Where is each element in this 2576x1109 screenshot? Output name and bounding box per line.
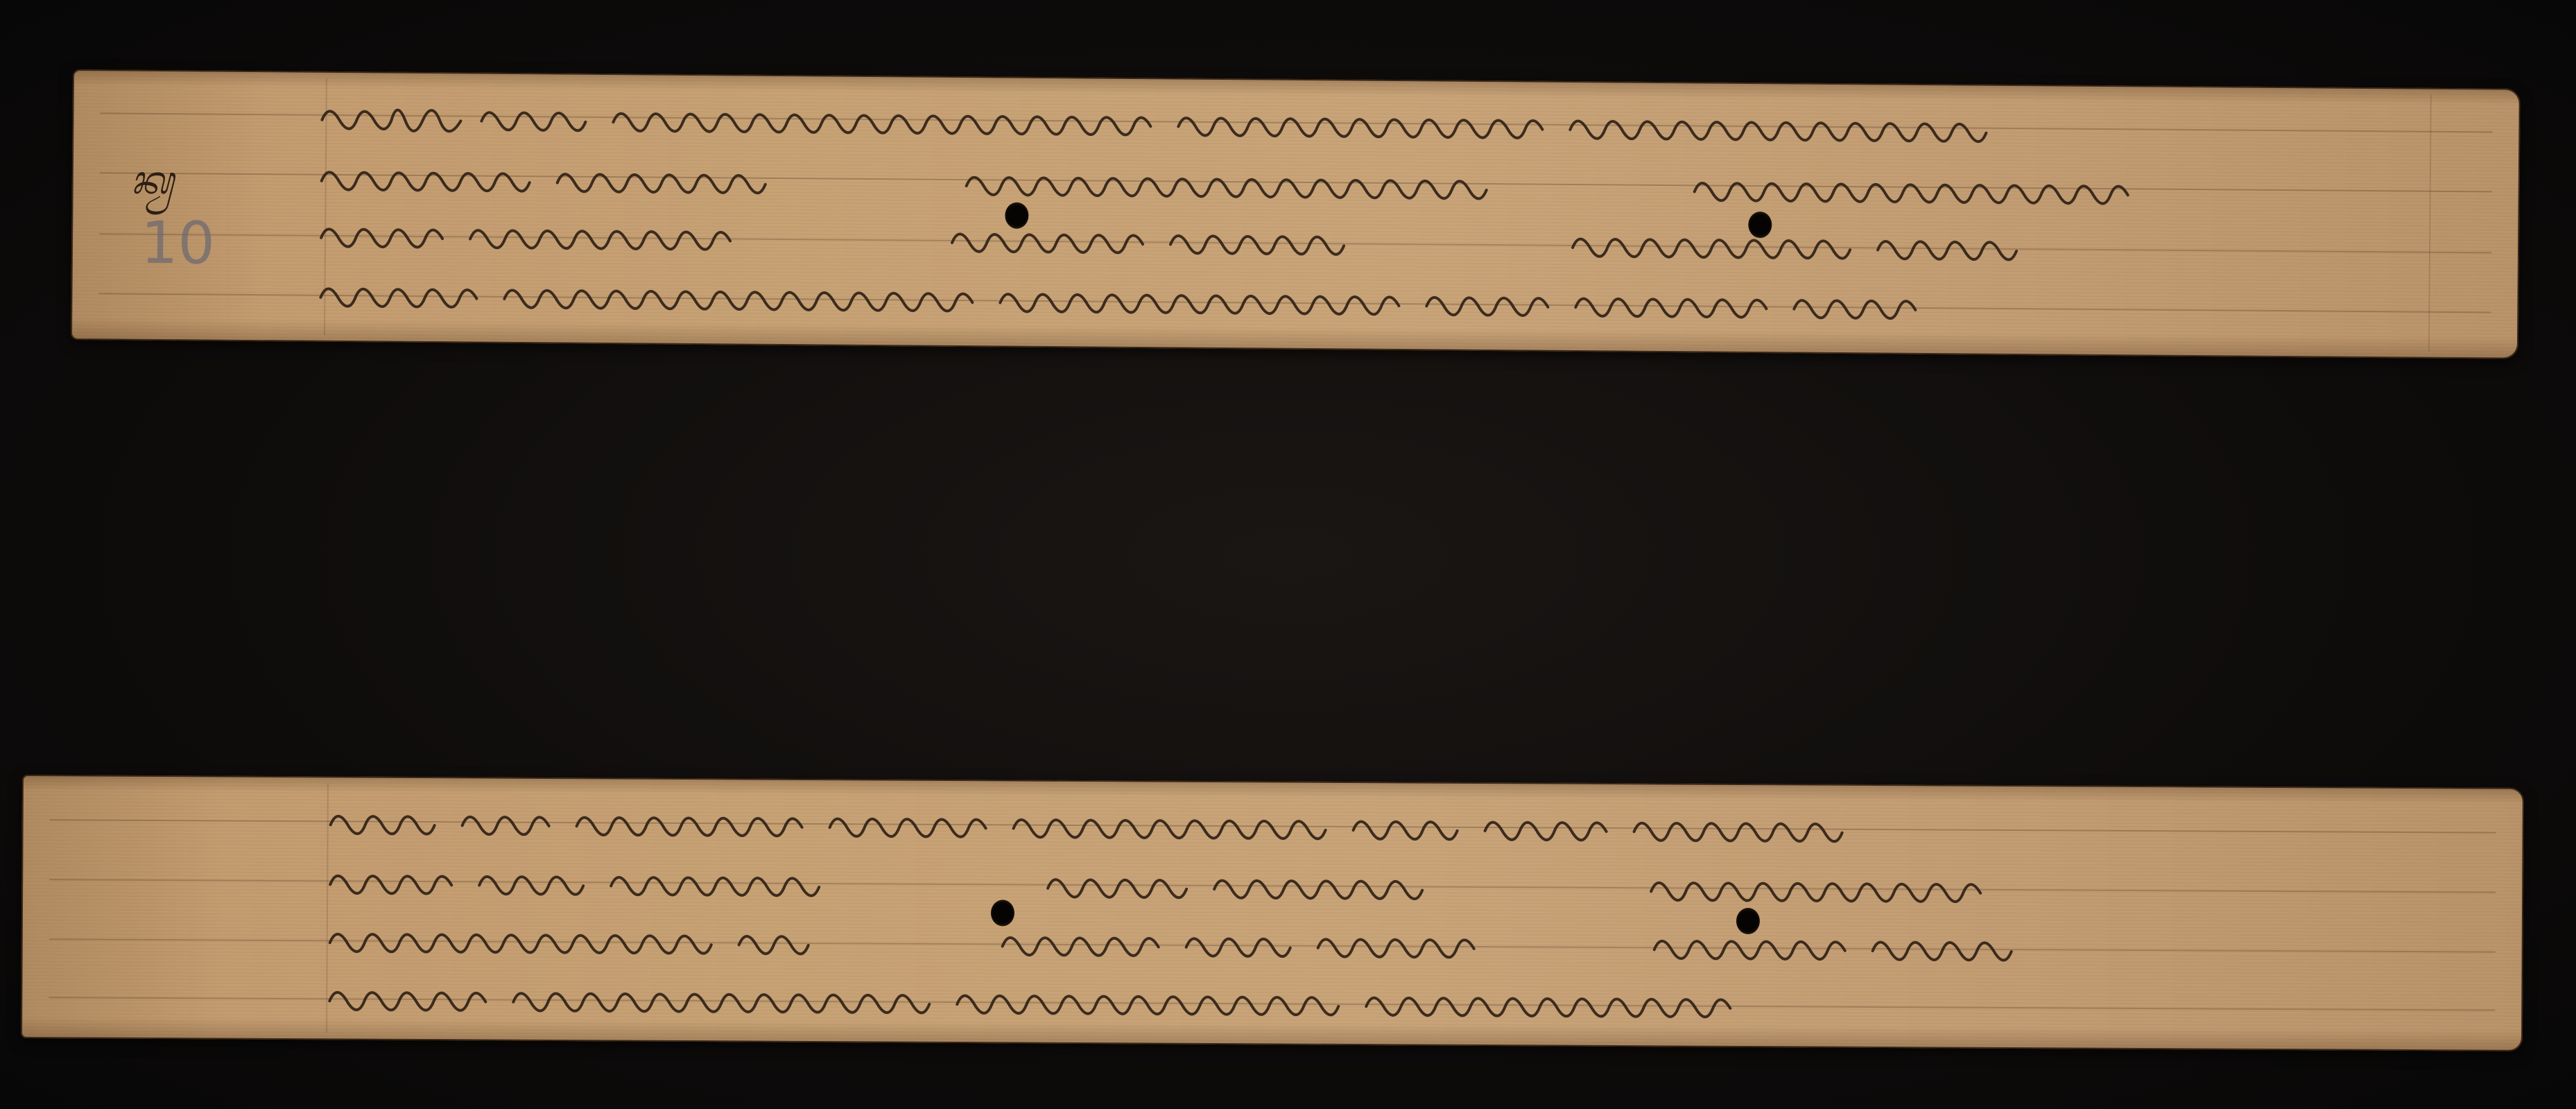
script-line: Balinese script line 1 (top leaf) bbox=[322, 92, 2416, 157]
script-line: Balinese script line 2 (top leaf) bbox=[322, 153, 2416, 218]
palm-leaf-bottom: Balinese script line 1 (bottom leaf) Bal… bbox=[21, 775, 2524, 1051]
margin-rule bbox=[2428, 95, 2432, 352]
pencil-folio-number: 10 bbox=[141, 209, 216, 277]
script-line: Balinese script line 4 (top leaf) bbox=[320, 270, 2414, 335]
palm-leaf-top: ᬓ᭄ᬯ 10 Balinese script line 1 (top leaf)… bbox=[71, 69, 2521, 359]
script-line: Balinese script line 3 (top leaf) bbox=[321, 210, 2415, 275]
script-line: Balinese script line 2 (bottom leaf) bbox=[330, 857, 2431, 916]
script-line: Balinese script line 4 (bottom leaf) bbox=[329, 973, 2430, 1033]
script-line: Balinese script line 3 (bottom leaf) bbox=[330, 915, 2431, 974]
script-line: Balinese script line 1 (bottom leaf) bbox=[330, 797, 2431, 857]
